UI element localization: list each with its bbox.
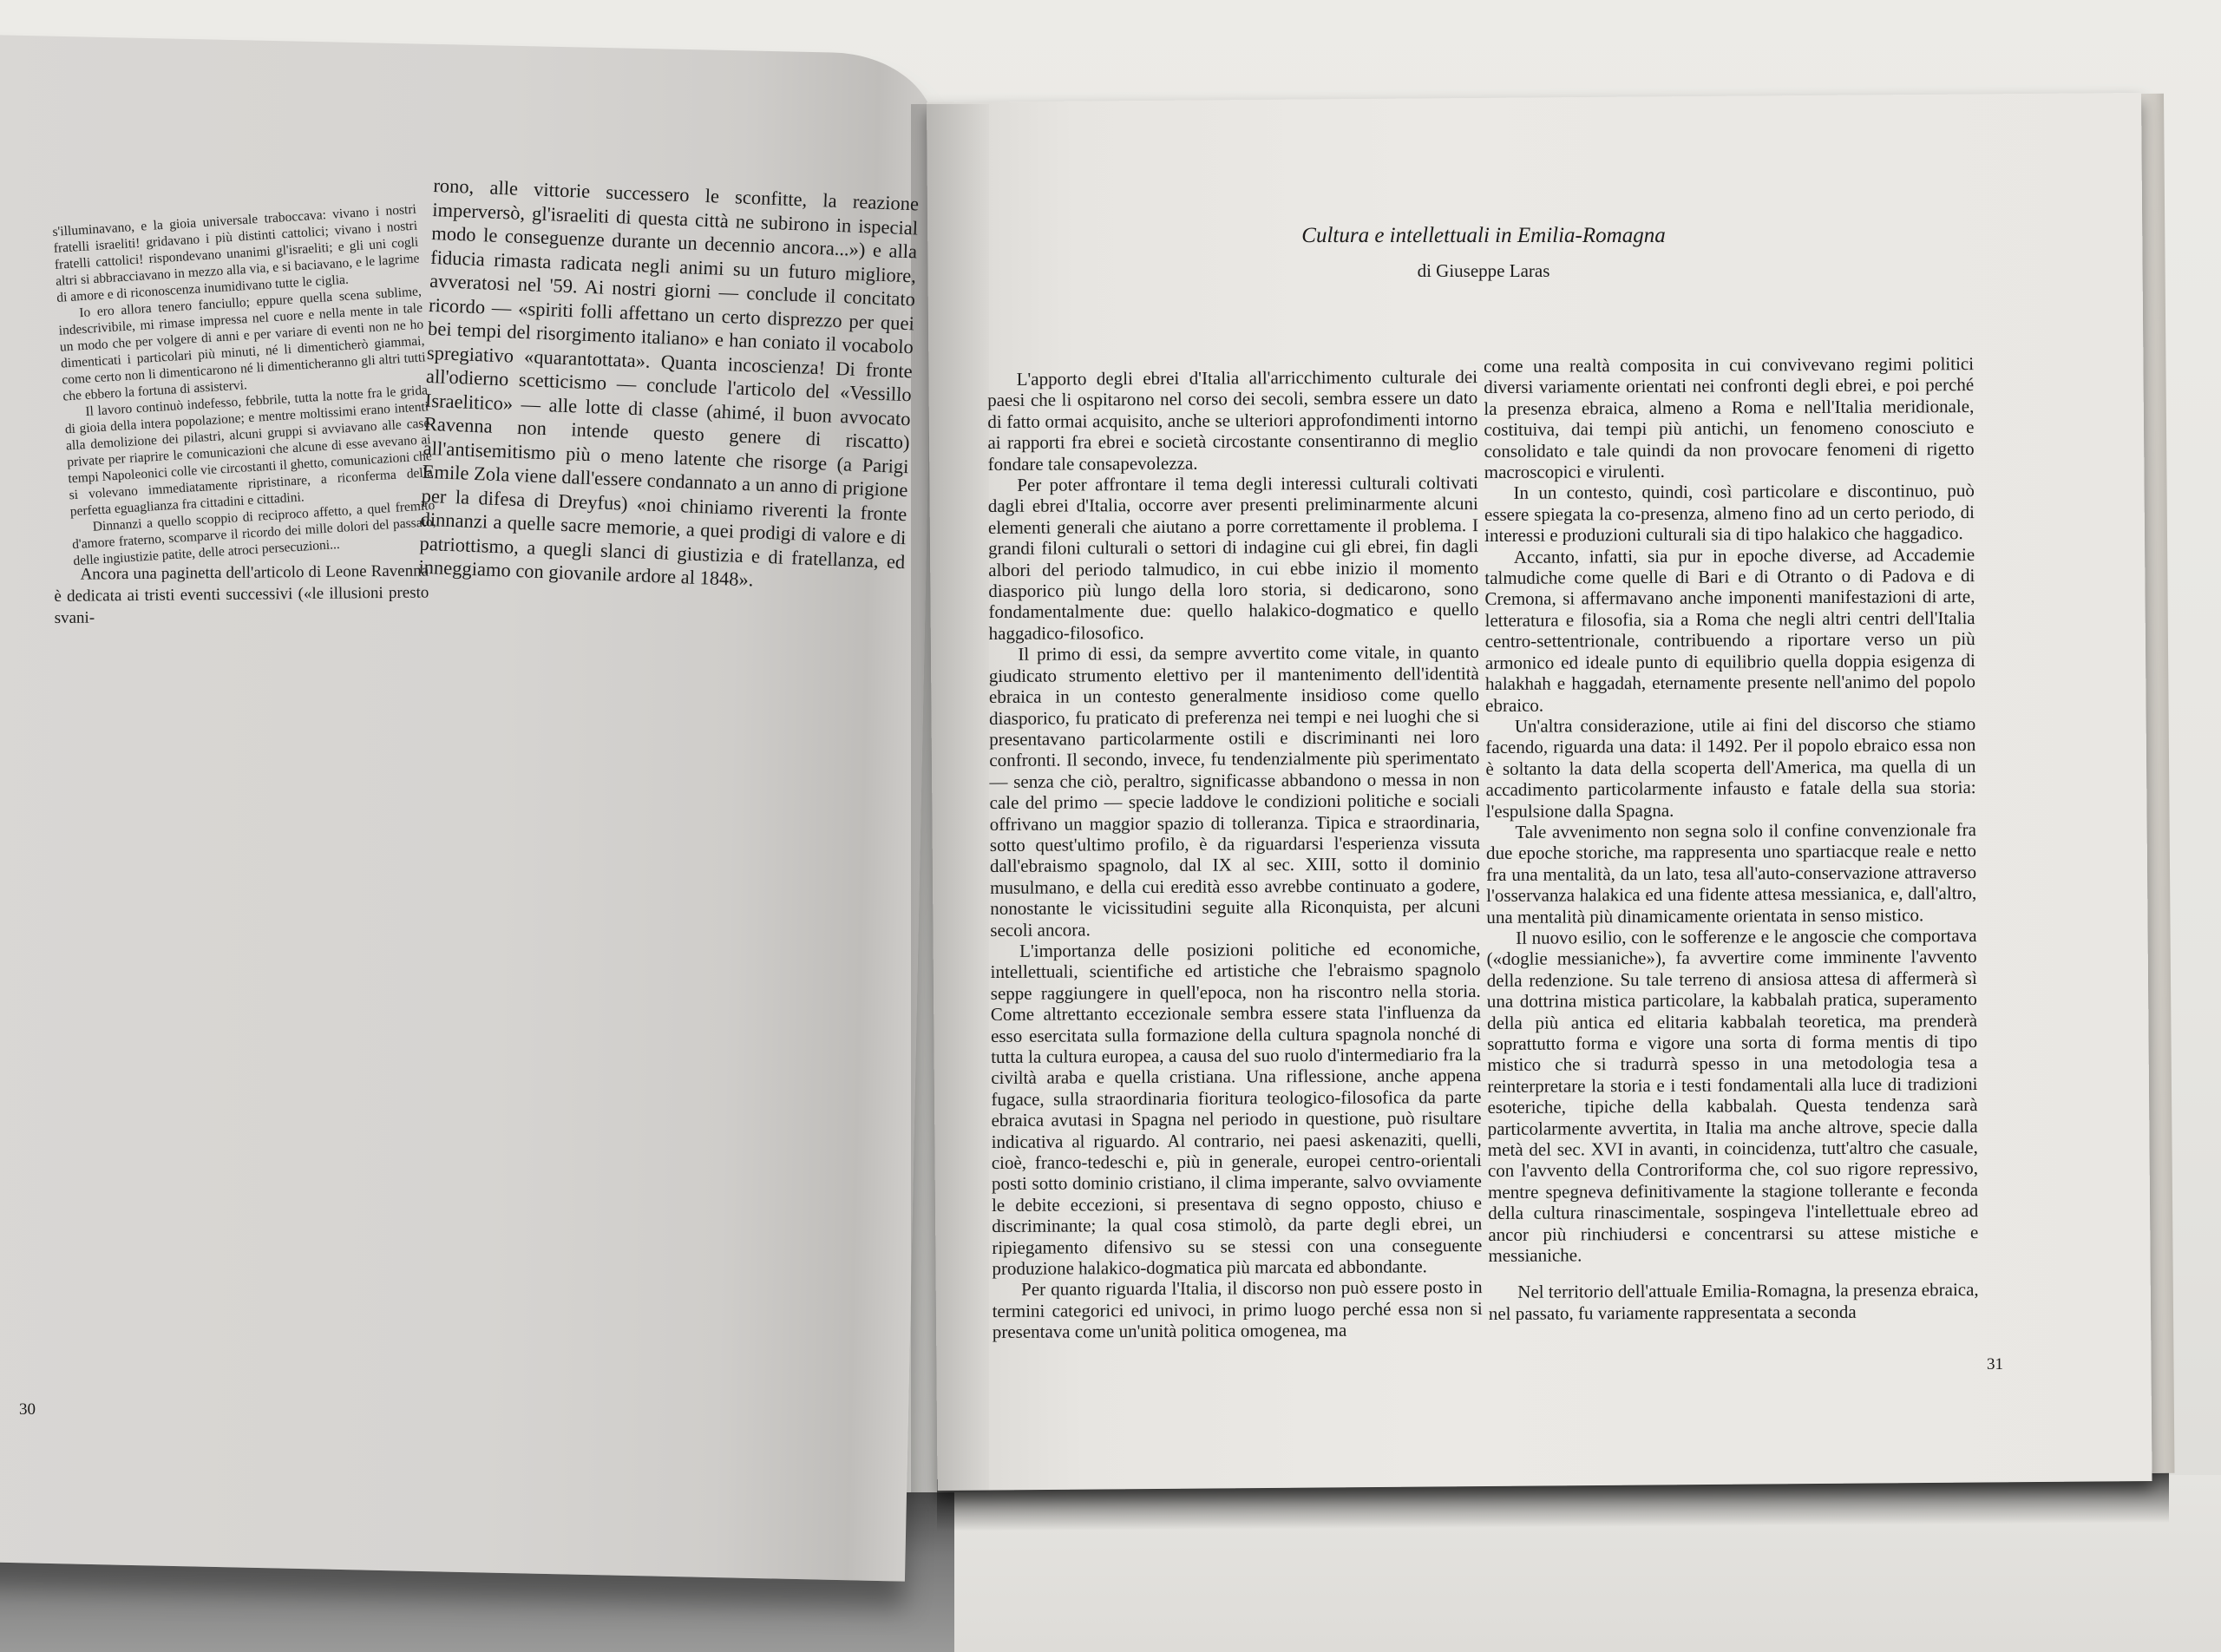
body-paragraph: come una realtà composita in cui convive… <box>1484 353 1975 482</box>
page-number-right: 31 <box>1987 1355 2003 1374</box>
body-paragraph: In un contesto, quindi, così particolare… <box>1484 480 1975 546</box>
left-page-col1-tail: Ancora una paginetta dell'articolo di Le… <box>54 560 429 629</box>
body-paragraph: Il nuovo esilio, con le sofferenze e le … <box>1486 925 1978 1266</box>
body-paragraph: Per quanto riguarda l'Italia, il discors… <box>992 1276 1482 1342</box>
body-paragraph: L'apporto degli ebrei d'Italia all'arric… <box>987 366 1478 475</box>
body-paragraph: rono, alle vittorie successero le sconfi… <box>418 174 920 598</box>
right-page-col1: L'apporto degli ebrei d'Italia all'arric… <box>987 366 1483 1343</box>
gutter-shadow <box>911 104 989 1492</box>
body-paragraph: Ancora una paginetta dell'articolo di Le… <box>54 560 429 629</box>
body-paragraph: Un'altra considerazione, utile ai fini d… <box>1485 713 1976 822</box>
body-paragraph: Tale avvenimento non segna solo il confi… <box>1486 819 1977 928</box>
left-page-col2: rono, alle vittorie successero le sconfi… <box>418 174 920 598</box>
body-paragraph: Nel territorio dell'attuale Emilia-Romag… <box>1489 1279 1979 1324</box>
body-paragraph: L'importanza delle posizioni politiche e… <box>990 938 1482 1279</box>
article-title: Cultura e intellettuali in Emilia-Romagn… <box>1215 224 1753 248</box>
body-paragraph: Accanto, infatti, sia pur in epoche dive… <box>1484 544 1975 716</box>
quote-paragraph: Il lavoro continuò indefesso, febbrile, … <box>63 382 435 520</box>
right-page-col2: come una realtà composita in cui convive… <box>1484 353 1979 1324</box>
article-byline: di Giuseppe Laras <box>1215 260 1753 282</box>
body-paragraph: Il primo di essi, da sempre avvertito co… <box>989 641 1481 941</box>
body-paragraph: Per poter affrontare il tema degli inter… <box>988 472 1479 644</box>
left-page-quote-block: s'illuminavano, e la gioia universale tr… <box>52 201 437 570</box>
page-number-left: 30 <box>19 1400 36 1419</box>
